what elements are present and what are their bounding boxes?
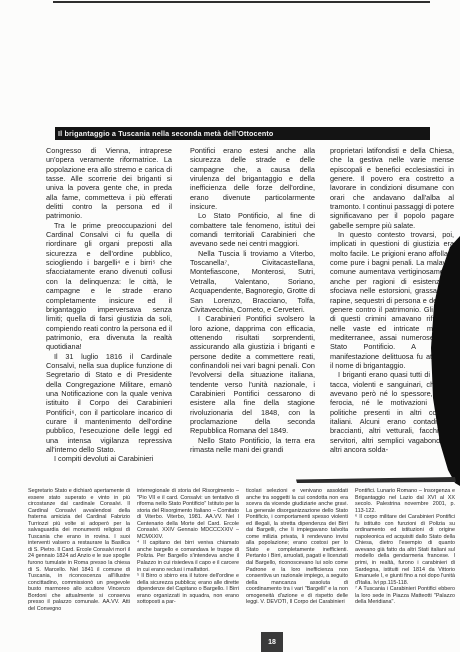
scanned-book-page: Il brigantaggio a Tuscania nella seconda… xyxy=(0,0,460,652)
footnote-paragraph: Segretario Stato e dichiarò apertamente … xyxy=(28,488,130,612)
chapter-title: Il brigantaggio a Tuscania nella seconda… xyxy=(55,129,273,138)
footnote-column-1: Segretario Stato e dichiarò apertamente … xyxy=(28,488,130,625)
footnote-paragraph: interregionale di storia del Risorgiment… xyxy=(137,488,239,540)
body-paragraph: Tra le prime preoccupazioni del Cardinal… xyxy=(46,221,172,352)
body-paragraph: Pontifici erano estesi anche alla sicure… xyxy=(190,146,315,211)
body-paragraph: I Carabinieri Pontifici svolsero la loro… xyxy=(190,314,315,435)
page-number-box: 18 xyxy=(261,632,283,652)
page-number: 18 xyxy=(268,639,276,646)
body-paragraph: In questo contesto trovarsi, poi, implic… xyxy=(330,230,454,370)
footnote-paragraph: Pontifici. Lunario Romano – Insorgenza e… xyxy=(355,488,455,514)
body-paragraph: Nella Tuscia li troviamo a Viterbo, Tosc… xyxy=(190,249,315,314)
body-column-3: proprietari latifondisti e della Chiesa,… xyxy=(330,146,454,481)
footnote-column-4: Pontifici. Lunario Romano – Insorgenza e… xyxy=(355,488,455,625)
body-column-2: Pontifici erano estesi anche alla sicure… xyxy=(190,146,315,481)
body-paragraph: Congresso di Vienna, intraprese un'opera… xyxy=(46,146,172,221)
body-paragraph: Lo Stato Pontificio, al fine di combatte… xyxy=(190,211,315,248)
footnote-column-2: interregionale di storia del Risorgiment… xyxy=(137,488,239,625)
footnote-paragraph: ⁴ Il capitano dei birri veniva chiamato … xyxy=(137,540,239,573)
body-paragraph: I compiti devoluti ai Carabinieri xyxy=(46,454,172,463)
body-paragraph: proprietari latifondisti e della Chiesa,… xyxy=(330,146,454,230)
body-column-1: Congresso di Vienna, intraprese un'opera… xyxy=(46,146,172,481)
footnote-paragraph: ⁶ Il corpo militare dei Carabinieri Pont… xyxy=(355,514,455,586)
chapter-header-bar: Il brigantaggio a Tuscania nella seconda… xyxy=(55,127,430,140)
body-paragraph: Nello Stato Pontificio, la terra era rim… xyxy=(190,436,315,455)
footnote-paragraph: ⁷ A Tuscania i Carabinieri Pontifici ebb… xyxy=(355,586,455,606)
top-rule xyxy=(53,1,430,3)
body-paragraph: Il 31 luglio 1816 il Cardinale Consalvi,… xyxy=(46,352,172,455)
body-paragraph: I briganti erano quasi tutti di mezza ta… xyxy=(330,370,454,454)
footnote-paragraph: ticolari selezioni e venivano assoldati … xyxy=(246,488,348,606)
footnote-column-3: ticolari selezioni e venivano assoldati … xyxy=(246,488,348,625)
footnote-paragraph: ⁵ Il Birro o sbirro era il tutore dell'o… xyxy=(137,573,239,606)
